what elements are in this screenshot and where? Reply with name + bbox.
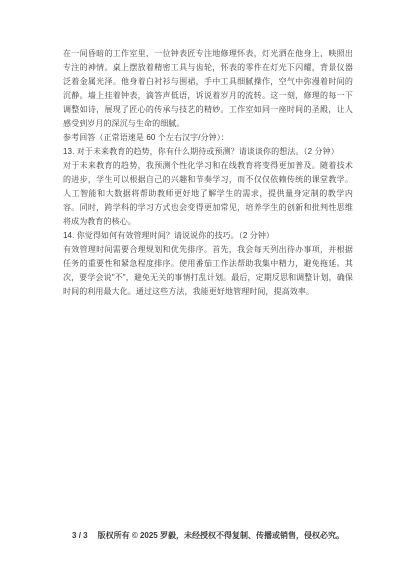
answer-14: 有效管理时间需要合理规划和优先排序。首先，我会每天列出待办事项，并根据任务的重要…: [63, 243, 353, 299]
document-body: 在一间昏暗的工作室里，一位钟表匠专注地修理怀表，灯光洒在他身上，映照出专注的神情…: [63, 47, 353, 299]
question-13: 13. 对于未来教育的趋势，你有什么期待或预测？请谈谈你的想法。（2 分钟）: [63, 145, 353, 159]
document-page: 在一间昏暗的工作室里，一位钟表匠专注地修理怀表，灯光洒在他身上，映照出专注的神情…: [0, 0, 416, 588]
intro-paragraph: 在一间昏暗的工作室里，一位钟表匠专注地修理怀表，灯光洒在他身上，映照出专注的神情…: [63, 47, 353, 131]
answer-13: 对于未来教育的趋势，我预测个性化学习和在线教育将变得更加普及。随着技术的进步，学…: [63, 159, 353, 229]
page-number-indicator: 3 / 3: [72, 531, 88, 540]
page-footer: 3 / 3版权所有 © 2025 罗毅，未经授权不得复制、传播或销售，侵权必究。: [0, 529, 416, 543]
question-14: 14. 你觉得如何有效管理时间？请说说你的技巧。（2 分钟）: [63, 229, 353, 243]
copyright-notice: 版权所有 © 2025 罗毅，未经授权不得复制、传播或销售，侵权必究。: [98, 531, 344, 540]
reference-answer-header: 参考回答（正常语速是 60 个左右汉字/分钟）：: [63, 131, 353, 145]
